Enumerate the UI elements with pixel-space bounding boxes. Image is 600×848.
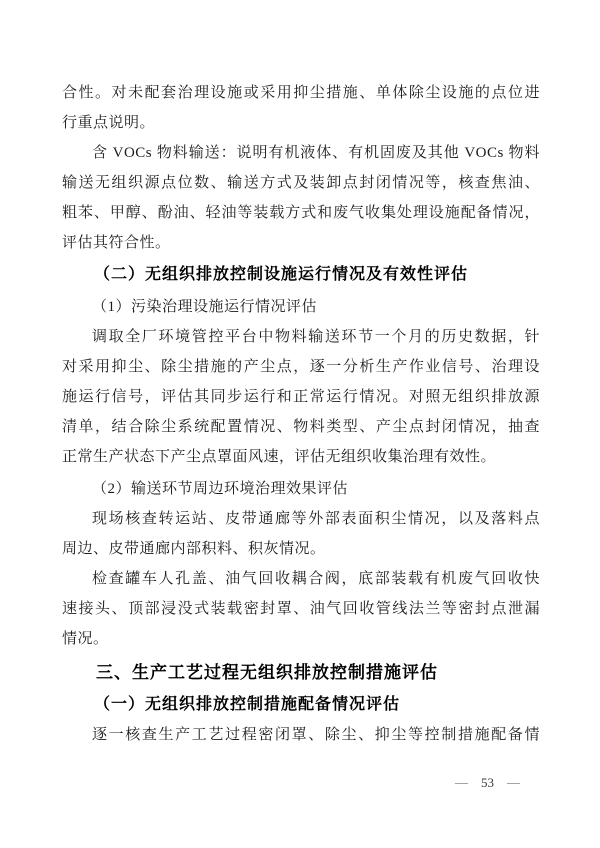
item-heading: （2）输送环节周边环境治理效果评估 <box>62 474 540 504</box>
text-line: 三、生产工艺过程无组织排放控制措施评估 <box>62 658 540 688</box>
text-line: （2）输送环节周边环境治理效果评估 <box>62 474 540 504</box>
text-line: 现场核查转运站、皮带通廊等外部表面积尘情况，以及落料点 <box>62 504 540 534</box>
text-line: （二）无组织排放控制设施运行情况及有效性评估 <box>62 260 540 290</box>
subsection-heading: （一）无组织排放控制措施配备情况评估 <box>62 690 540 720</box>
paragraph: 现场核查转运站、皮带通廊等外部表面积尘情况，以及落料点周边、皮带通廊内部积料、积… <box>62 504 540 564</box>
text-line: 正常生产状态下产尘点罩面风速，评估无组织收集治理有效性。 <box>62 442 540 472</box>
paragraph: 检查罐车人孔盖、油气回收耦合阀，底部装载有机废气回收快速接头、顶部浸没式装载密封… <box>62 564 540 654</box>
text-line: 粗苯、甲醇、酚油、轻油等装载方式和废气收集处理设施配备情况， <box>62 198 540 228</box>
text-line: 调取全厂环境管控平台中物料输送环节一个月的历史数据，针 <box>62 322 540 352</box>
text-line: （1）污染治理设施运行情况评估 <box>62 292 540 322</box>
text-line: （一）无组织排放控制措施配备情况评估 <box>62 690 540 720</box>
section-heading: 三、生产工艺过程无组织排放控制措施评估 <box>62 658 540 688</box>
text-line: 周边、皮带通廊内部积料、积灰情况。 <box>62 534 540 564</box>
text-line: 对采用抑尘、除尘措施的产尘点，逐一分析生产作业信号、治理设 <box>62 352 540 382</box>
text-line: 行重点说明。 <box>62 108 540 138</box>
text-line: 清单，结合除尘系统配置情况、物料类型、产尘点封闭情况，抽查 <box>62 412 540 442</box>
text-line: 施运行信号，评估其同步运行和正常运行情况。对照无组织排放源 <box>62 382 540 412</box>
text-line: 逐一核查生产工艺过程密闭罩、除尘、抑尘等控制措施配备情 <box>62 720 540 750</box>
paragraph: 逐一核查生产工艺过程密闭罩、除尘、抑尘等控制措施配备情 <box>62 720 540 750</box>
text-line: 情况。 <box>62 624 540 654</box>
text-line: 速接头、顶部浸没式装载密封罩、油气回收管线法兰等密封点泄漏 <box>62 594 540 624</box>
page-footer: — 53 — <box>455 775 520 791</box>
page-number: 53 <box>481 775 494 791</box>
footer-dash-right: — <box>507 777 520 790</box>
paragraph: 含 VOCs 物料输送：说明有机液体、有机固废及其他 VOCs 物料输送无组织源… <box>62 138 540 258</box>
text-line: 合性。对未配套治理设施或采用抑尘措施、单体除尘设施的点位进 <box>62 78 540 108</box>
item-heading: （1）污染治理设施运行情况评估 <box>62 292 540 322</box>
document-page: 合性。对未配套治理设施或采用抑尘措施、单体除尘设施的点位进行重点说明。含 VOC… <box>0 0 600 848</box>
text-line: 含 VOCs 物料输送：说明有机液体、有机固废及其他 VOCs 物料 <box>62 138 540 168</box>
text-line: 输送无组织源点位数、输送方式及装卸点封闭情况等，核查焦油、 <box>62 168 540 198</box>
footer-dash-left: — <box>455 777 468 790</box>
text-line: 检查罐车人孔盖、油气回收耦合阀，底部装载有机废气回收快 <box>62 564 540 594</box>
paragraph: 合性。对未配套治理设施或采用抑尘措施、单体除尘设施的点位进行重点说明。 <box>62 78 540 138</box>
text-line: 评估其符合性。 <box>62 228 540 258</box>
subsection-heading: （二）无组织排放控制设施运行情况及有效性评估 <box>62 260 540 290</box>
document-content: 合性。对未配套治理设施或采用抑尘措施、单体除尘设施的点位进行重点说明。含 VOC… <box>62 78 540 750</box>
paragraph: 调取全厂环境管控平台中物料输送环节一个月的历史数据，针对采用抑尘、除尘措施的产尘… <box>62 322 540 472</box>
